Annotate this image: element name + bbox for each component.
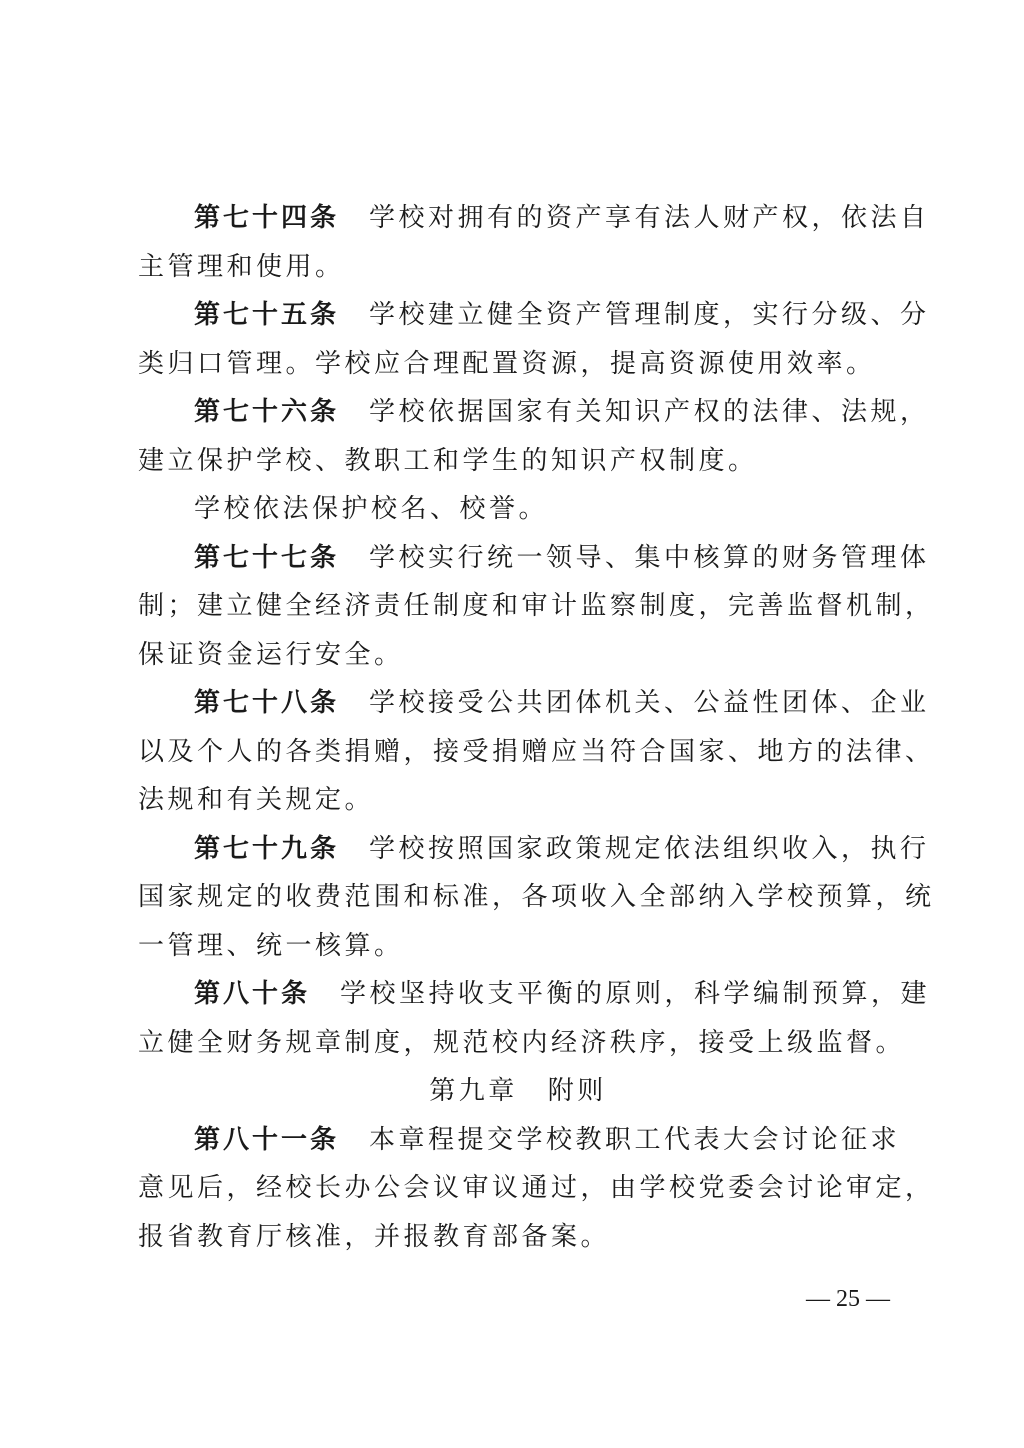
article-81: 第八十一条本章程提交学校教职工代表大会讨论征求 意见后，经校长办公会议审议通过，… (138, 1116, 898, 1262)
article-77: 第七十七条学校实行统一领导、集中核算的财务管理体 制；建立健全经济责任制度和审计… (138, 534, 898, 680)
article-text: 报省教育厅核准，并报教育部备案。 (138, 1213, 898, 1262)
article-heading: 第七十六条 (194, 397, 339, 427)
article-heading: 第七十九条 (194, 834, 339, 864)
article-78: 第七十八条学校接受公共团体机关、公益性团体、企业 以及个人的各类捐赠，接受捐赠应… (138, 679, 898, 825)
article-74: 第七十四条学校对拥有的资产享有法人财产权，依法自 主管理和使用。 (138, 194, 898, 291)
article-text: 立健全财务规章制度，规范校内经济秩序，接受上级监督。 (138, 1019, 898, 1068)
article-text: 主管理和使用。 (138, 243, 898, 292)
article-text: 学校依据国家有关知识产权的法律、法规， (369, 397, 930, 427)
article-80: 第八十条学校坚持收支平衡的原则，科学编制预算，建 立健全财务规章制度，规范校内经… (138, 970, 898, 1067)
article-79: 第七十九条学校按照国家政策规定依法组织收入，执行 国家规定的收费范围和标准，各项… (138, 825, 898, 971)
article-heading: 第七十四条 (194, 203, 339, 233)
article-text: 国家规定的收费范围和标准，各项收入全部纳入学校预算，统 (138, 873, 898, 922)
article-text: 法规和有关规定。 (138, 776, 898, 825)
article-text: 保证资金运行安全。 (138, 631, 898, 680)
chapter-number: 第九章 (429, 1076, 518, 1106)
article-text: 意见后，经校长办公会议审议通过，由学校党委会讨论审定， (138, 1164, 898, 1213)
article-heading: 第七十五条 (194, 300, 339, 330)
article-text: 类归口管理。学校应合理配置资源，提高资源使用效率。 (138, 340, 898, 389)
article-text: 学校接受公共团体机关、公益性团体、企业 (369, 688, 930, 718)
article-heading: 第七十七条 (194, 543, 339, 573)
chapter-name: 附则 (548, 1076, 607, 1106)
article-text: 以及个人的各类捐赠，接受捐赠应当符合国家、地方的法律、 (138, 728, 898, 777)
article-75: 第七十五条学校建立健全资产管理制度，实行分级、分 类归口管理。学校应合理配置资源… (138, 291, 898, 388)
document-page: 第七十四条学校对拥有的资产享有法人财产权，依法自 主管理和使用。 第七十五条学校… (138, 194, 898, 1261)
article-text: 本章程提交学校教职工代表大会讨论征求 (369, 1125, 900, 1155)
article-text: 学校按照国家政策规定依法组织收入，执行 (369, 834, 930, 864)
article-text: 学校对拥有的资产享有法人财产权，依法自 (369, 203, 930, 233)
article-heading: 第八十条 (194, 979, 310, 1009)
article-text: 学校实行统一领导、集中核算的财务管理体 (369, 543, 930, 573)
article-text: 一管理、统一核算。 (138, 922, 898, 971)
article-text: 学校坚持收支平衡的原则，科学编制预算，建 (340, 979, 930, 1009)
article-text: 建立保护学校、教职工和学生的知识产权制度。 (138, 437, 898, 486)
page-number: — 25 — (806, 1286, 890, 1313)
article-heading: 第八十一条 (194, 1125, 339, 1155)
article-heading: 第七十八条 (194, 688, 339, 718)
chapter-title: 第九章附则 (138, 1067, 898, 1116)
article-text: 学校建立健全资产管理制度，实行分级、分 (369, 300, 930, 330)
article-text: 制；建立健全经济责任制度和审计监察制度，完善监督机制， (138, 582, 898, 631)
article-76: 第七十六条学校依据国家有关知识产权的法律、法规， 建立保护学校、教职工和学生的知… (138, 388, 898, 534)
article-paragraph: 学校依法保护校名、校誉。 (138, 485, 898, 534)
